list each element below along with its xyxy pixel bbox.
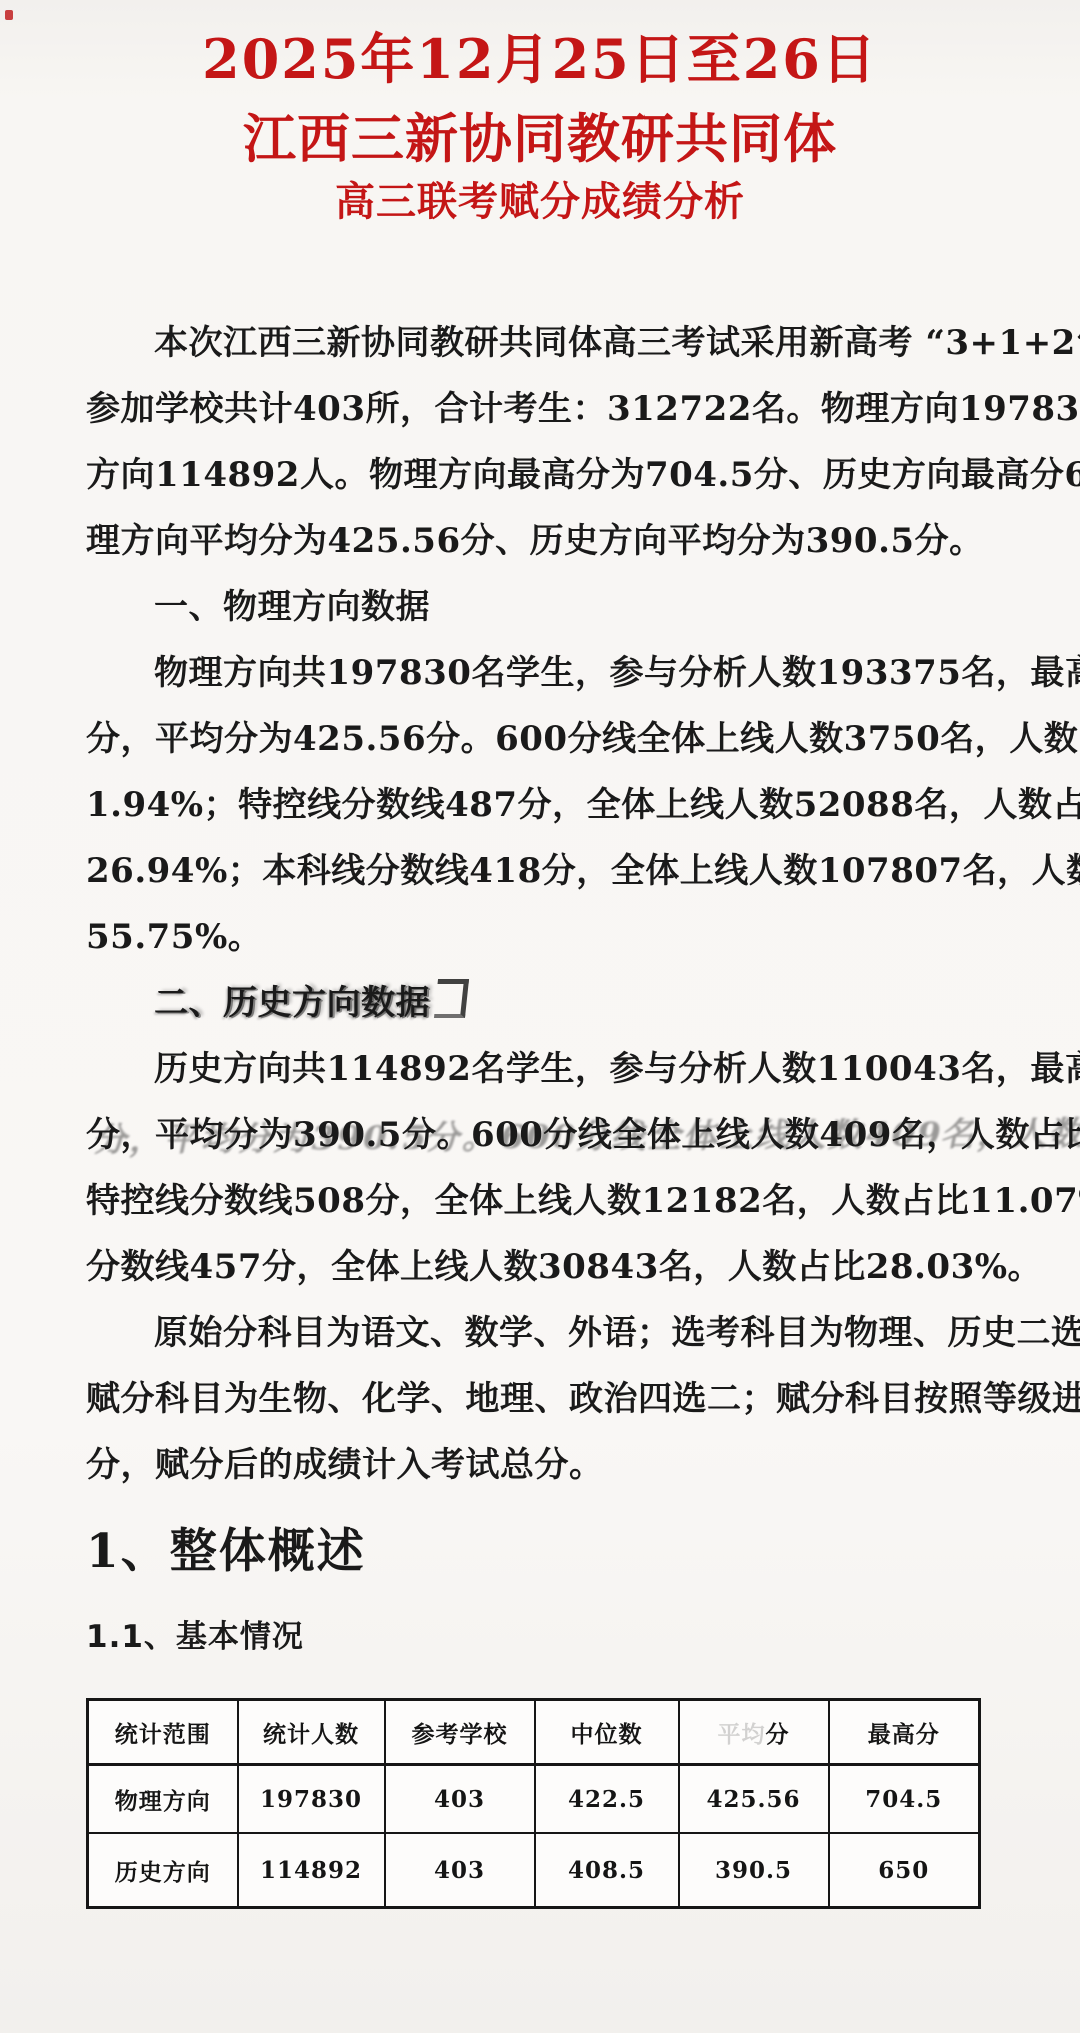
table-header-row: 统计范围 统计人数 参考学校 中位数 平均分 最高分 [88,1700,980,1765]
col-header-count: 统计人数 [238,1700,385,1765]
title-block: 2025年12月25日至26日 江西三新协同教研共同体 高三联考赋分成绩分析 [0,0,1080,228]
intro-line: 本次江西三新协同教研共同体高三考试采用新高考 “3+1+2” 模式， [86,310,1016,376]
physics-line: 55.75%。 [86,904,1016,970]
scan-speck-artifact [5,10,13,20]
section-heading-history-text: 二、历史方向数据 [154,983,430,1023]
document-page: 2025年12月25日至26日 江西三新协同教研共同体 高三联考赋分成绩分析 本… [0,0,1080,2033]
history-line: 历史方向共114892名学生，参与分析人数110043名，最高分为650 [86,1036,1016,1102]
title-organization: 江西三新协同教研共同体 [0,106,1080,172]
section-heading-history: 二、历史方向数据 [86,970,1016,1036]
col-header-median: 中位数 [535,1700,679,1765]
col-header-scope: 统计范围 [88,1700,238,1765]
cell-max: 704.5 [829,1765,980,1834]
cell-average: 425.56 [679,1765,829,1834]
cell-scope: 历史方向 [88,1833,238,1908]
physics-line: 1.94%；特控线分数线487分，全体上线人数52088名，人数占比 [86,772,1016,838]
table-row-physics: 物理方向 197830 403 422.5 425.56 704.5 [88,1765,980,1834]
cell-count: 114892 [238,1833,385,1908]
statistics-table: 统计范围 统计人数 参考学校 中位数 平均分 最高分 物理方向 197830 4… [86,1698,981,1909]
table-row-history: 历史方向 114892 403 408.5 390.5 650 [88,1833,980,1908]
cell-median: 422.5 [535,1765,679,1834]
title-date: 2025年12月25日至26日 [0,24,1080,94]
physics-line: 26.94%；本科线分数线418分，全体上线人数107807名，人数占比 [86,838,1016,904]
col-header-schools: 参考学校 [385,1700,535,1765]
cell-median: 408.5 [535,1833,679,1908]
subjects-line: 分，赋分后的成绩计入考试总分。 [86,1432,1016,1498]
scan-smudge-artifact [434,979,469,1018]
col-header-average: 平均分 [679,1700,829,1765]
cell-max: 650 [829,1833,980,1908]
chapter-heading-overview: 1、整体概述 [86,1514,1016,1590]
intro-line: 理方向平均分为425.56分、历史方向平均分为390.5分。 [86,508,1016,574]
col-header-average-faded: 平均 [718,1721,766,1748]
subjects-line: 原始分科目为语文、数学、外语；选考科目为物理、历史二选一； [86,1300,1016,1366]
intro-line: 参加学校共计403所，合计考生：312722名。物理方向197830人；历史 [86,376,1016,442]
subsection-heading-basics: 1.1、基本情况 [86,1614,1016,1660]
title-subtitle: 高三联考赋分成绩分析 [0,176,1080,228]
cell-schools: 403 [385,1833,535,1908]
col-header-max: 最高分 [829,1700,980,1765]
history-line: 分数线457分，全体上线人数30843名，人数占比28.03%。 [86,1234,1016,1300]
cell-count: 197830 [238,1765,385,1834]
subjects-line: 赋分科目为生物、化学、地理、政治四选二；赋分科目按照等级进行赋 [86,1366,1016,1432]
history-line: 特控线分数线508分，全体上线人数12182名，人数占比11.07%；本科线 [86,1168,1016,1234]
physics-line: 物理方向共197830名学生，参与分析人数193375名，最高分为704.5 [86,640,1016,706]
cell-schools: 403 [385,1765,535,1834]
section-heading-physics: 一、物理方向数据 [86,574,1016,640]
intro-line: 方向114892人。物理方向最高分为704.5分、历史方向最高分650分，物 [86,442,1016,508]
cell-average: 390.5 [679,1833,829,1908]
physics-line: 分，平均分为425.56分。600分线全体上线人数3750名，人数占比 [86,706,1016,772]
col-header-average-visible: 分 [766,1721,790,1748]
cell-scope: 物理方向 [88,1765,238,1834]
scan-ghost-text-artifact: 分，平均分为390.5分。600分线全体上线人数409名，人数占比0.37%； [89,1103,1080,1168]
